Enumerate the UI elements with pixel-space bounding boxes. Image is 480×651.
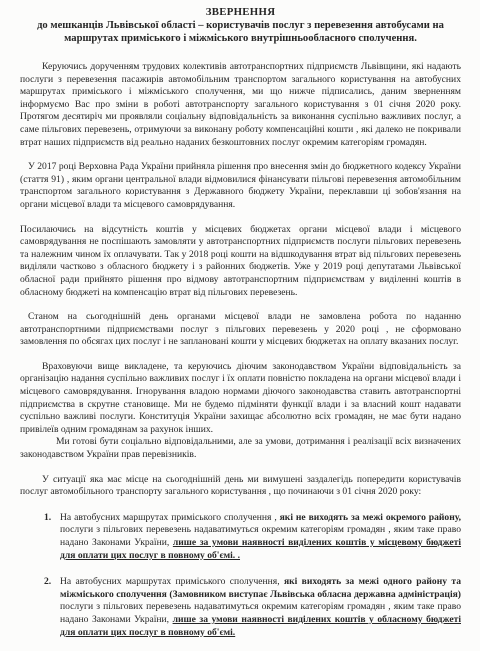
conditions-list: 1. На автобусних маршрутах приміського с… bbox=[20, 512, 461, 639]
condition-lead: На автобусних маршрутах приміського спол… bbox=[60, 576, 280, 587]
paragraph-responsibility: Враховуючи вище викладене, та керуючись … bbox=[20, 361, 461, 437]
condition-item-2: 2. На автобусних маршрутах приміського с… bbox=[20, 576, 461, 639]
document-title: ЗВЕРНЕННЯ bbox=[20, 6, 461, 19]
paragraph-local-budgets: Посилаючись на відсутність коштів у місц… bbox=[20, 224, 461, 300]
document-page: ЗВЕРНЕННЯ до мешканців Львівської област… bbox=[0, 0, 480, 651]
paragraph-readiness: Ми готові бути соціально відповідальними… bbox=[20, 436, 461, 461]
paragraph-budget-code: У 2017 році Верховна Рада України прийня… bbox=[20, 161, 461, 211]
condition-bold: які не виходять за межі окремого району, bbox=[277, 512, 461, 523]
paragraph-intro: Керуючись дорученням трудових колективів… bbox=[20, 61, 461, 149]
condition-item-1: 1. На автобусних маршрутах приміського с… bbox=[20, 512, 461, 562]
paragraph-warning: У ситуації яка має місце на сьогоднішній… bbox=[20, 474, 461, 499]
condition-lead: На автобусних маршрутах приміського спол… bbox=[60, 512, 277, 523]
paragraph-current-status: Станом на сьогоднішній день органами міс… bbox=[20, 311, 461, 349]
condition-number: 2. bbox=[44, 576, 51, 589]
condition-number: 1. bbox=[44, 512, 51, 525]
document-subtitle: до мешканців Львівської області – корист… bbox=[20, 20, 461, 45]
